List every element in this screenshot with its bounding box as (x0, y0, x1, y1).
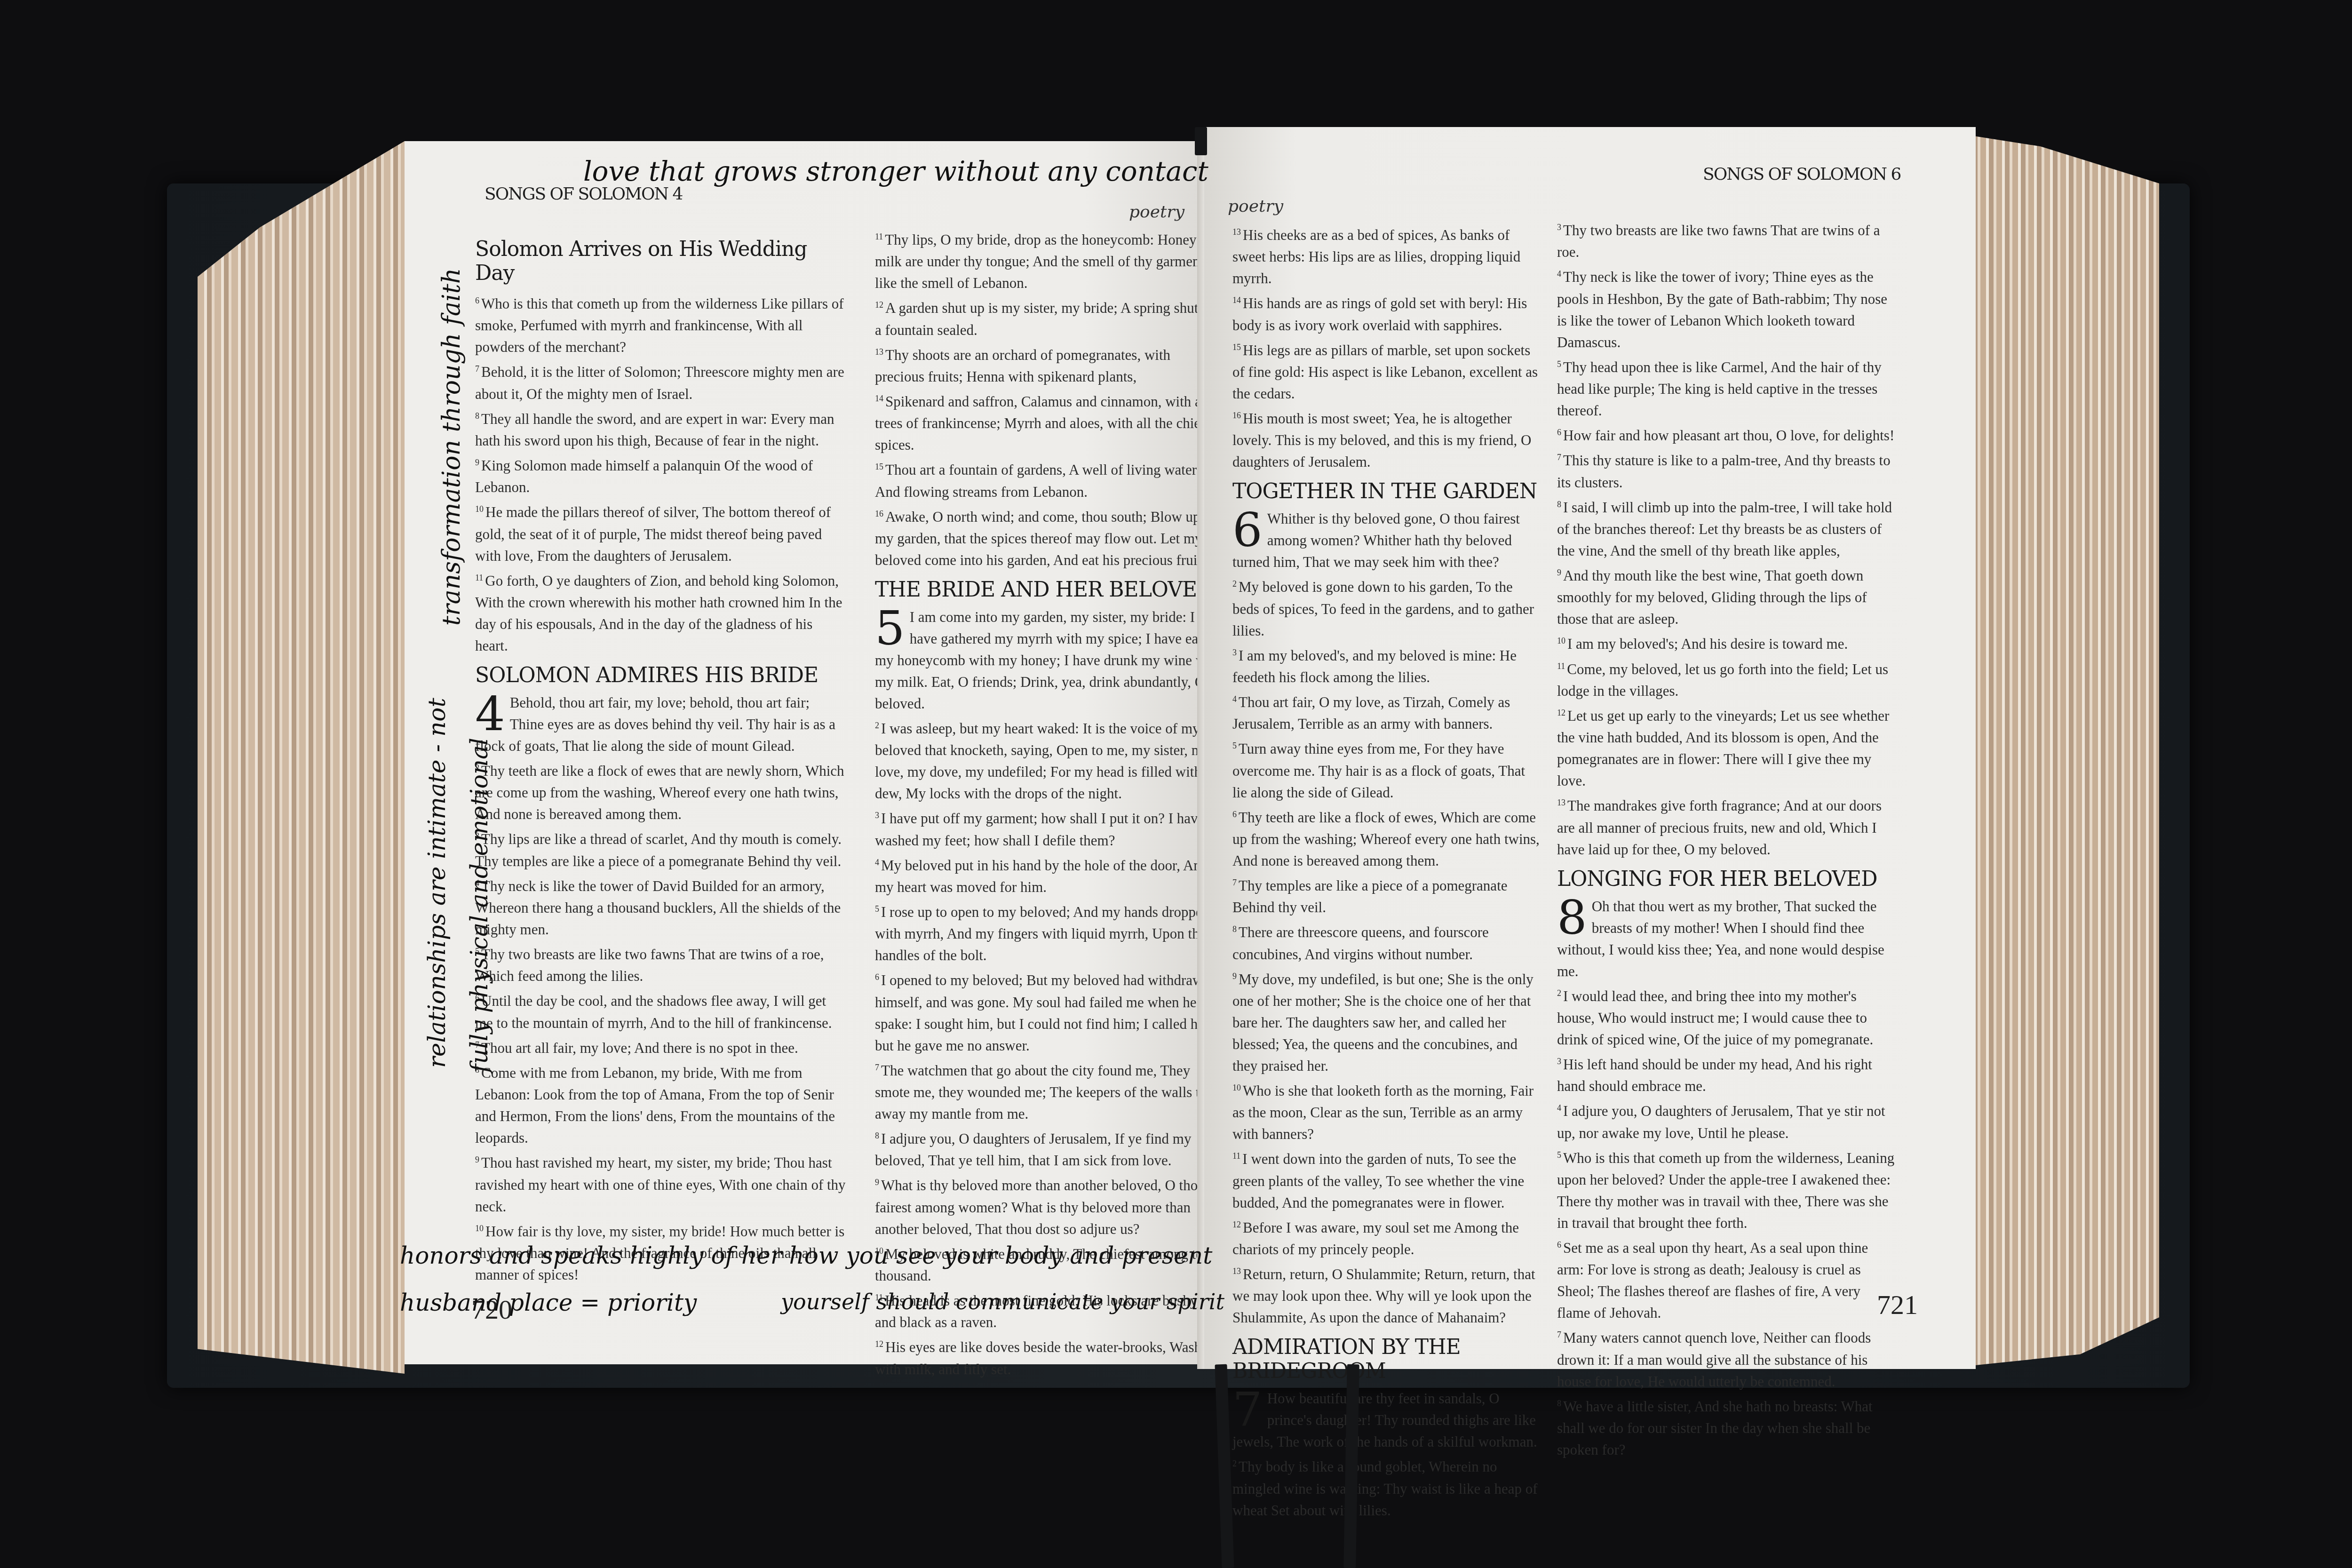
verse: 7This thy stature is like to a palm-tree… (1557, 446, 1896, 493)
verse-number: 2 (1232, 1459, 1237, 1468)
verse: 10I am my beloved's; And his desire is t… (1557, 630, 1896, 655)
verse-number: 6 (1557, 1240, 1561, 1250)
verse-text: Thy temples are like a piece of a pomegr… (1232, 877, 1508, 915)
verse-number: 9 (1557, 568, 1561, 577)
verse-text: Thou art fair, O my love, as Tirzah, Com… (1232, 694, 1510, 732)
verse: 8I adjure you, O daughters of Jerusalem,… (875, 1125, 1223, 1171)
verse-number: 10 (475, 1224, 484, 1233)
verse-text: His mouth is most sweet; Yea, he is alto… (1232, 410, 1531, 470)
verse-text: Come with me from Lebanon, my bride, Wit… (475, 1065, 835, 1146)
verse-number: 15 (875, 462, 883, 471)
verse-number: 12 (1232, 1220, 1241, 1229)
verse-text: The mandrakes give forth fragrance; And … (1557, 798, 1882, 858)
verse-text: Thou art all fair, my love; And there is… (481, 1040, 798, 1056)
verse: 13Return, return, O Shulammite; Return, … (1232, 1260, 1543, 1329)
verse-number: 14 (875, 394, 883, 403)
handwritten-note-top: love that grows stronger without any con… (583, 155, 1208, 187)
verse: 11I went down into the garden of nuts, T… (1232, 1145, 1543, 1213)
verse-text: Oh that thou wert as my brother, That su… (1557, 898, 1884, 979)
verse-number: 7 (1557, 453, 1561, 462)
section-heading: Solomon Arrives on His Wedding Day (475, 237, 847, 285)
verse: 16Awake, O north wind; and come, thou so… (875, 503, 1223, 571)
verse: 7Thou art all fair, my love; And there i… (475, 1034, 847, 1059)
verse-text: Thy shoots are an orchard of pomegranate… (875, 347, 1170, 385)
verse-text: Let us get up early to the vineyards; Le… (1557, 708, 1889, 789)
verse-number: 9 (475, 458, 479, 467)
verse-text: I am come into my garden, my sister, my … (875, 609, 1222, 712)
verse-number: 11 (475, 573, 483, 582)
verse-text: Thy two breasts are like two fawns That … (1557, 222, 1880, 260)
chapter-number: 5 (875, 608, 905, 649)
left-page: SONGS OF SOLOMON 4 poetry Solomon Arrive… (405, 141, 1204, 1364)
verse-text: A garden shut up is my sister, my bride;… (875, 300, 1220, 338)
verse-text: Turn away thine eyes from me, For they h… (1232, 741, 1525, 801)
verse: 15His legs are as pillars of marble, set… (1232, 336, 1543, 405)
verse-text: His cheeks are as a bed of spices, As ba… (1232, 227, 1520, 287)
verse: 8Come with me from Lebanon, my bride, Wi… (475, 1059, 847, 1149)
verse-number: 3 (1557, 1057, 1561, 1066)
verse-text: I rose up to open to my beloved; And my … (875, 904, 1209, 963)
verse-text: Thy body is like a round goblet, Wherein… (1232, 1459, 1538, 1519)
verse-number: 8 (875, 1131, 879, 1140)
verse-text: His eyes are like doves beside the water… (875, 1339, 1215, 1377)
verse-number: 9 (475, 1155, 479, 1164)
verse: 12Let us get up early to the vineyards; … (1557, 702, 1896, 792)
verse-number: 8 (475, 411, 479, 421)
chapter-number: 7 (1232, 1390, 1263, 1430)
verse-text: My dove, my undefiled, is but one; She i… (1232, 971, 1534, 1074)
verse-text: Before I was aware, my soul set me Among… (1232, 1219, 1519, 1258)
verse: 6Thy teeth are like a flock of ewes, Whi… (1232, 804, 1543, 872)
verse-number: 3 (875, 811, 879, 820)
verse-number: 11 (1232, 1151, 1240, 1161)
text-column-right-2: 3Thy two breasts are like two fawns That… (1557, 216, 1896, 1461)
verse: 2Thy body is like a round goblet, Wherei… (1232, 1453, 1543, 1521)
verse: 9And thy mouth like the best wine, That … (1557, 562, 1896, 630)
verse-text: I opened to my beloved; But my beloved h… (875, 972, 1217, 1054)
chapter-opening: 4Behold, thou art fair, my love; behold,… (475, 692, 847, 757)
verse: 7Thy temples are like a piece of a pomeg… (1232, 872, 1543, 918)
verse-text: I went down into the garden of nuts, To … (1232, 1151, 1524, 1211)
verse: 5Who is this that cometh up from the wil… (1557, 1144, 1896, 1234)
verse-number: 10 (1232, 1083, 1241, 1092)
section-heading: TOGETHER IN THE GARDEN (1232, 479, 1543, 503)
handwritten-note-bottom: honors and speaks highly of her how you … (400, 1242, 1212, 1269)
running-head: SONGS OF SOLOMON 6 (1703, 165, 1900, 184)
chapter-number: 6 (1232, 510, 1263, 550)
verse: 6Who is this that cometh up from the wil… (475, 290, 847, 358)
verse: 5I rose up to open to my beloved; And my… (875, 898, 1223, 966)
verse-text: King Solomon made himself a palanquin Of… (475, 457, 813, 495)
chapter-number: 8 (1557, 898, 1587, 938)
verse-number: 16 (875, 509, 883, 518)
verse-number: 13 (1232, 1266, 1241, 1276)
chapter-opening: 8Oh that thou wert as my brother, That s… (1557, 896, 1896, 982)
verse: 3I have put off my garment; how shall I … (875, 804, 1223, 851)
verse-text: Until the day be cool, and the shadows f… (475, 993, 832, 1031)
verse-text: Thy teeth are like a flock of ewes, Whic… (1232, 809, 1540, 869)
verse-text: Thy head upon thee is like Carmel, And t… (1557, 359, 1882, 419)
verse: 11Come, my beloved, let us go forth into… (1557, 655, 1896, 702)
verse-number: 5 (875, 904, 879, 914)
verse-text: His legs are as pillars of marble, set u… (1232, 342, 1538, 402)
verse: 3Thy lips are like a thread of scarlet, … (475, 825, 847, 872)
verse: 4Thou art fair, O my love, as Tirzah, Co… (1232, 688, 1543, 735)
verse-text: Thy two breasts are like two fawns That … (475, 946, 824, 984)
verse: 3I am my beloved's, and my beloved is mi… (1232, 642, 1543, 688)
section-heading: ADMIRATION BY THE BRIDEGROOM (1232, 1335, 1543, 1383)
verse: 13Thy shoots are an orchard of pomegrana… (875, 341, 1223, 388)
verse-text: Thy teeth are like a flock of ewes that … (475, 763, 844, 822)
verse: 2Thy teeth are like a flock of ewes that… (475, 757, 847, 825)
verse: 8I said, I will climb up into the palm-t… (1557, 493, 1896, 562)
verse: 12His eyes are like doves beside the wat… (875, 1333, 1223, 1380)
chapter-opening: 6Whither is thy beloved gone, O thou fai… (1232, 508, 1543, 573)
verse-text: His left hand should be under my head, A… (1557, 1056, 1872, 1094)
verse-number: 11 (875, 232, 883, 241)
verse: 9What is thy beloved more than another b… (875, 1171, 1223, 1240)
verse-number: 7 (475, 364, 479, 374)
verse: 10He made the pillars thereof of silver,… (475, 498, 847, 566)
verse: 2I was asleep, but my heart waked: It is… (875, 715, 1223, 804)
verse-text: His hands are as rings of gold set with … (1232, 295, 1527, 334)
verse-number: 6 (875, 972, 879, 982)
page-number: 721 (1877, 1289, 1918, 1321)
verse-number: 5 (1232, 741, 1237, 750)
verse-text: Thy neck is like the tower of ivory; Thi… (1557, 269, 1887, 350)
verse-number: 10 (475, 504, 484, 514)
chapter-opening: 7How beautiful are thy feet in sandals, … (1232, 1388, 1543, 1453)
verse-number: 4 (1557, 1103, 1561, 1113)
verse: 16His mouth is most sweet; Yea, he is al… (1232, 405, 1543, 473)
verse: 2I would lead thee, and bring thee into … (1557, 982, 1896, 1051)
verse-text: Behold, it is the litter of Solomon; Thr… (475, 364, 844, 402)
verse-text: Who is this that cometh up from the wild… (1557, 1150, 1894, 1231)
verse-text: This thy stature is like to a palm-tree,… (1557, 453, 1891, 491)
section-heading: SOLOMON ADMIRES HIS BRIDE (475, 663, 847, 687)
verse: 13His cheeks are as a bed of spices, As … (1232, 221, 1543, 289)
chapter-number: 4 (475, 694, 505, 734)
verse-text: Who is this that cometh up from the wild… (475, 295, 844, 355)
handwritten-note-bottom: husband place = priority (400, 1289, 697, 1316)
ribbon-marker (1215, 1364, 1234, 1568)
verse: 11Go forth, O ye daughters of Zion, and … (475, 567, 847, 657)
verse-number: 2 (875, 721, 879, 730)
verse-number: 12 (875, 300, 883, 310)
verse-number: 4 (1232, 694, 1237, 704)
verse-text: I adjure you, O daughters of Jerusalem, … (1557, 1103, 1885, 1141)
verse-text: Many waters cannot quench love, Neither … (1557, 1330, 1871, 1390)
verse-text: There are threescore queens, and foursco… (1232, 924, 1489, 963)
verse-number: 6 (1232, 810, 1237, 819)
verse-text: Go forth, O ye daughters of Zion, and be… (475, 573, 842, 654)
verse: 14Spikenard and saffron, Calamus and cin… (875, 388, 1223, 456)
handwritten-note-margin: relationships are intimate - not (423, 698, 451, 1068)
verse-number: 13 (1232, 227, 1241, 237)
verse-number: 7 (1557, 1330, 1561, 1339)
verse-number: 16 (1232, 411, 1241, 420)
verse-number: 8 (1557, 1399, 1561, 1408)
gilded-page-edges-left (198, 141, 405, 1374)
verse: 6I opened to my beloved; But my beloved … (875, 966, 1223, 1056)
verse: 12Before I was aware, my soul set me Amo… (1232, 1214, 1543, 1260)
verse-number: 5 (1557, 359, 1561, 369)
verse: 4Thy neck is like the tower of David Bui… (475, 872, 847, 940)
verse-text: Whither is thy beloved gone, O thou fair… (1232, 510, 1520, 570)
running-head: SONGS OF SOLOMON 4 (485, 184, 682, 204)
verse-text: And thy mouth like the best wine, That g… (1557, 567, 1867, 627)
verse-text: We have a little sister, And she hath no… (1557, 1398, 1873, 1458)
verse-number: 2 (1232, 579, 1237, 589)
verse-number: 3 (1557, 223, 1561, 232)
verse: 9King Solomon made himself a palanquin O… (475, 452, 847, 498)
verse-number: 9 (1232, 971, 1237, 981)
section-heading: THE BRIDE AND HER BELOVED (875, 578, 1223, 602)
verse: 9Thou hast ravished my heart, my sister,… (475, 1149, 847, 1217)
right-page: SONGS OF SOLOMON 6 poetry 13His cheeks a… (1204, 127, 1976, 1369)
verse-number: 7 (875, 1063, 879, 1072)
verse: 13The mandrakes give forth fragrance; An… (1557, 792, 1896, 860)
verse: 15Thou art a fountain of gardens, A well… (875, 456, 1223, 502)
verse: 14His hands are as rings of gold set wit… (1232, 289, 1543, 336)
verse-text: What is thy beloved more than another be… (875, 1178, 1205, 1237)
verse: 7The watchmen that go about the city fou… (875, 1057, 1223, 1125)
verse-number: 15 (1232, 342, 1241, 352)
verse-text: They all handle the sword, and are exper… (475, 411, 834, 449)
verse-text: Awake, O north wind; and come, thou sout… (875, 509, 1215, 568)
verse-text: I am my beloved's, and my beloved is min… (1232, 647, 1517, 685)
section-label: poetry (1129, 202, 1184, 222)
verse-text: Behold, thou art fair, my love; behold, … (475, 694, 835, 754)
handwritten-note-bottom: yourself should communicate your spirit (781, 1289, 1224, 1314)
verse-text: How fair and how pleasant art thou, O lo… (1563, 427, 1894, 444)
verse-text: Return, return, O Shulammite; Return, re… (1232, 1266, 1535, 1326)
verse-number: 9 (875, 1178, 879, 1187)
verse: 6How fair and how pleasant art thou, O l… (1557, 422, 1896, 446)
verse-text: Who is she that looketh forth as the mor… (1232, 1082, 1534, 1142)
verse: 6Until the day be cool, and the shadows … (475, 987, 847, 1034)
verse-text: The watchmen that go about the city foun… (875, 1062, 1222, 1122)
verse-number: 3 (1232, 648, 1237, 657)
verse-text: I would lead thee, and bring thee into m… (1557, 988, 1873, 1048)
verse-number: 6 (475, 296, 479, 305)
verse-text: I said, I will climb up into the palm-tr… (1557, 499, 1892, 559)
verse: 11Thy lips, O my bride, drop as the hone… (875, 226, 1223, 294)
verse: 4Thy neck is like the tower of ivory; Th… (1557, 263, 1896, 353)
verse: 5Turn away thine eyes from me, For they … (1232, 735, 1543, 803)
verse: 8They all handle the sword, and are expe… (475, 405, 847, 452)
verse-text: Thou hast ravished my heart, my sister, … (475, 1155, 846, 1215)
verse-number: 2 (1557, 988, 1561, 998)
verse-number: 12 (1557, 708, 1565, 717)
verse-text: Set me as a seal upon thy heart, As a se… (1557, 1240, 1868, 1321)
verse-text: I have put off my garment; how shall I p… (875, 811, 1204, 849)
handwritten-note-margin: fully physical and emotional (466, 738, 493, 1073)
verse-text: Come, my beloved, let us go forth into t… (1557, 661, 1888, 699)
verse-text: Thy lips, O my bride, drop as the honeyc… (875, 231, 1223, 291)
verse: 5Thy head upon thee is like Carmel, And … (1557, 353, 1896, 422)
verse-number: 4 (875, 858, 879, 867)
verse: 4I adjure you, O daughters of Jerusalem,… (1557, 1097, 1896, 1144)
verse-number: 11 (1557, 661, 1565, 671)
text-column-right-1: 13His cheeks are as a bed of spices, As … (1232, 221, 1543, 1521)
verse-number: 8 (1232, 924, 1237, 934)
verse-text: How beautiful are thy feet in sandals, O… (1232, 1390, 1537, 1450)
gilded-page-edges-right (1962, 134, 2159, 1367)
verse-number: 14 (1232, 295, 1241, 305)
verse-number: 6 (1557, 428, 1561, 437)
verse-number: 13 (875, 347, 883, 357)
verse-text: I adjure you, O daughters of Jerusalem, … (875, 1130, 1191, 1169)
verse: 8There are threescore queens, and foursc… (1232, 918, 1543, 965)
verse: 6Set me as a seal upon thy heart, As a s… (1557, 1234, 1896, 1324)
verse-text: I am my beloved's; And his desire is tow… (1567, 636, 1848, 653)
verse: 2My beloved is gone down to his garden, … (1232, 573, 1543, 641)
chapter-opening: 5I am come into my garden, my sister, my… (875, 606, 1223, 715)
verse: 7Many waters cannot quench love, Neither… (1557, 1324, 1896, 1392)
verse: 7Behold, it is the litter of Solomon; Th… (475, 358, 847, 405)
verse-number: 8 (1557, 500, 1561, 509)
ribbon-marker-top (1195, 127, 1207, 155)
verse-number: 10 (1557, 636, 1565, 645)
verse-number: 5 (1557, 1150, 1561, 1160)
section-label: poetry (1228, 197, 1283, 216)
verse: 9My dove, my undefiled, is but one; She … (1232, 965, 1543, 1077)
verse: 12A garden shut up is my sister, my brid… (875, 294, 1223, 341)
verse-number: 7 (1232, 878, 1237, 887)
verse: 8We have a little sister, And she hath n… (1557, 1393, 1896, 1461)
verse-text: My beloved put in his hand by the hole o… (875, 857, 1208, 895)
verse-number: 12 (875, 1339, 883, 1349)
verse-number: 4 (1557, 269, 1561, 279)
verse-text: I was asleep, but my heart waked: It is … (875, 720, 1210, 802)
verse-number: 13 (1557, 798, 1565, 807)
verse: 3Thy two breasts are like two fawns That… (1557, 216, 1896, 263)
text-column-left-1: Solomon Arrives on His Wedding Day6Who i… (475, 231, 847, 1286)
verse-text: Thy lips are like a thread of scarlet, A… (475, 831, 842, 869)
verse: 4My beloved put in his hand by the hole … (875, 852, 1223, 898)
verse-text: Thy neck is like the tower of David Buil… (475, 878, 841, 938)
verse: 5Thy two breasts are like two fawns That… (475, 940, 847, 987)
handwritten-note-margin: transformation through faith (437, 268, 466, 626)
section-heading: LONGING FOR HER BELOVED (1557, 867, 1896, 891)
verse-text: Spikenard and saffron, Calamus and cinna… (875, 393, 1209, 453)
verse-text: Thou art a fountain of gardens, A well o… (875, 462, 1206, 500)
verse: 10Who is she that looketh forth as the m… (1232, 1077, 1543, 1145)
text-column-left-2: 11Thy lips, O my bride, drop as the hone… (875, 226, 1223, 1380)
verse-text: My beloved is gone down to his garden, T… (1232, 579, 1534, 639)
verse: 3His left hand should be under my head, … (1557, 1051, 1896, 1097)
verse-text: He made the pillars thereof of silver, T… (475, 504, 831, 564)
